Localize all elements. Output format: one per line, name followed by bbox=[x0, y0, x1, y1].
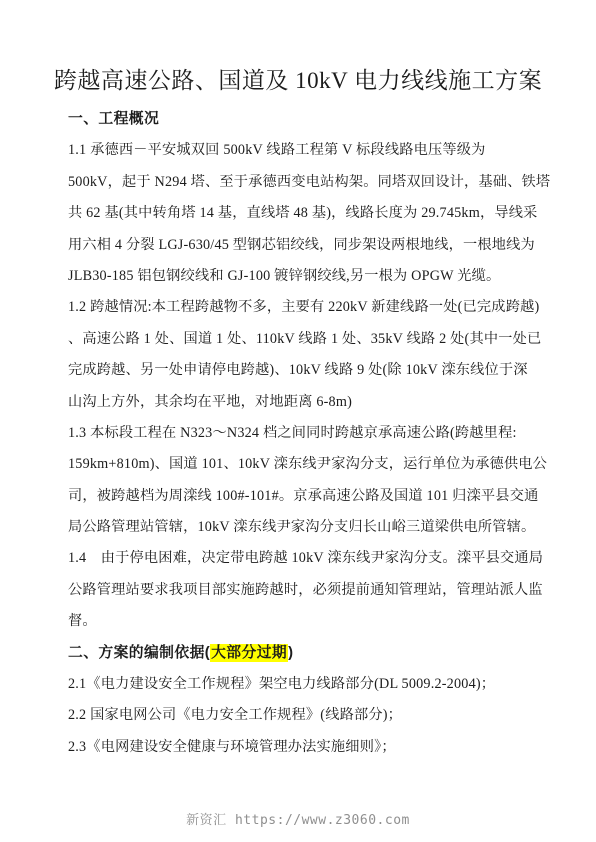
para-1-1-line-3: 共 62 基(其中转角塔 14 基，直线塔 48 基)，线路长度为 29.745… bbox=[68, 198, 529, 229]
para-1-2-line-2: 、高速公路 1 处、国道 1 处、110kV 线路 1 处、35kV 线路 2 … bbox=[68, 324, 529, 355]
watermark-footer: 新资汇 https://www.z3060.com bbox=[0, 812, 596, 830]
document-body: 一、工程概况 1.1 承德西－平安城双回 500kV 线路工程第 V 标段线路电… bbox=[68, 104, 529, 763]
para-1-4-line-3: 督。 bbox=[68, 606, 529, 637]
para-1-3-line-1: 1.3 本标段工程在 N323～N324 档之间同时跨越京承高速公路(跨越里程: bbox=[68, 418, 529, 449]
para-1-4-line-2: 公路管理站要求我项目部实施跨越时，必须提前通知管理站，管理站派人监 bbox=[68, 575, 529, 606]
para-1-3-line-3: 司，被跨越档为周滦线 100#-101#。京承高速公路及国道 101 归滦平县交… bbox=[68, 481, 529, 512]
reference-item-2-1: 2.1《电力建设安全工作规程》架空电力线路部分(DL 5009.2-2004)； bbox=[68, 669, 529, 700]
para-1-2-line-4: 山沟上方外，其余均在平地，对地距离 6-8m) bbox=[68, 387, 529, 418]
section-heading-2-text: 二、方案的编制依据( bbox=[68, 645, 210, 661]
section-heading-1: 一、工程概况 bbox=[68, 104, 529, 135]
para-1-2-line-3: 完成跨越、另一处申请停电跨越)、10kV 线路 9 处(除 10kV 滦东线位于… bbox=[68, 355, 529, 386]
reference-item-2-2: 2.2 国家电网公司《电力安全工作规程》(线路部分)； bbox=[68, 700, 529, 731]
para-1-1-line-4: 用六相 4 分裂 LGJ-630/45 型钢芯铝绞线，同步架设两根地线，一根地线… bbox=[68, 230, 529, 261]
para-1-1-line-5: JLB30-185 铝包钢绞线和 GJ-100 镀锌钢绞线,另一根为 OPGW … bbox=[68, 261, 529, 292]
document-page: 跨越高速公路、国道及 10kV 电力线线施工方案 一、工程概况 1.1 承德西－… bbox=[0, 0, 596, 842]
document-title: 跨越高速公路、国道及 10kV 电力线线施工方案 bbox=[0, 64, 596, 98]
para-1-2-line-1: 1.2 跨越情况:本工程跨越物不多，主要有 220kV 新建线路一处(已完成跨越… bbox=[68, 292, 529, 323]
para-1-1-line-1: 1.1 承德西－平安城双回 500kV 线路工程第 V 标段线路电压等级为 bbox=[68, 135, 529, 166]
para-1-3-line-4: 局公路管理站管辖，10kV 滦东线尹家沟分支归长山峪三道梁供电所管辖。 bbox=[68, 512, 529, 543]
highlighted-note: 大部分过期 bbox=[210, 644, 288, 662]
para-1-1-line-2: 500kV，起于 N294 塔、至于承德西变电站构架。同塔双回设计，基础、铁塔 bbox=[68, 167, 529, 198]
para-1-3-line-2: 159km+810m)、国道 101、10kV 滦东线尹家沟分支，运行单位为承德… bbox=[68, 449, 529, 480]
section-heading-2-close-paren: ) bbox=[288, 645, 293, 661]
reference-item-2-3: 2.3《电网建设安全健康与环境管理办法实施细则》； bbox=[68, 732, 529, 763]
section-heading-2: 二、方案的编制依据(大部分过期) bbox=[68, 638, 529, 669]
para-1-4-line-1: 1.4 由于停电困难，决定带电跨越 10kV 滦东线尹家沟分支。滦平县交通局 bbox=[68, 543, 529, 574]
